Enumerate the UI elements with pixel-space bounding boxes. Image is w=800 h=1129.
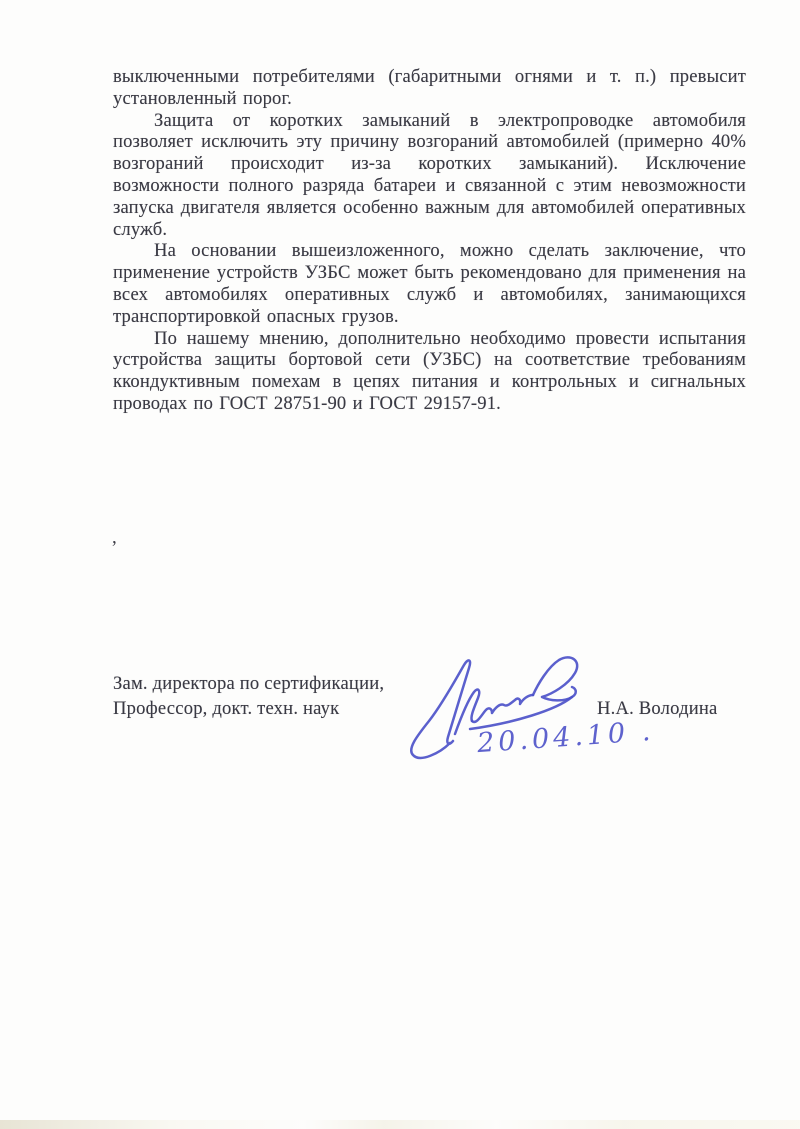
signer-titles: Зам. директора по сертификации, Профессо… bbox=[113, 671, 384, 721]
signer-title-line2: Профессор, докт. техн. наук bbox=[113, 696, 384, 721]
scanned-document-page: выключенными потребителями (габаритными … bbox=[0, 0, 800, 1129]
stray-comma-mark: , bbox=[112, 527, 117, 549]
body-text: выключенными потребителями (габаритными … bbox=[113, 66, 746, 415]
paragraph-continuation: выключенными потребителями (габаритными … bbox=[113, 66, 746, 110]
signer-name: Н.А. Володина bbox=[597, 698, 718, 720]
paragraph-short-circuit-protection: Защита от коротких замыканий в электропр… bbox=[113, 110, 746, 241]
scan-edge-artifact bbox=[0, 1120, 800, 1129]
paragraph-conclusion: На основании вышеизложенного, можно сдел… bbox=[113, 240, 746, 327]
paragraph-recommendation: По нашему мнению, дополнительно необходи… bbox=[113, 328, 746, 415]
signer-title-line1: Зам. директора по сертификации, bbox=[113, 671, 384, 696]
